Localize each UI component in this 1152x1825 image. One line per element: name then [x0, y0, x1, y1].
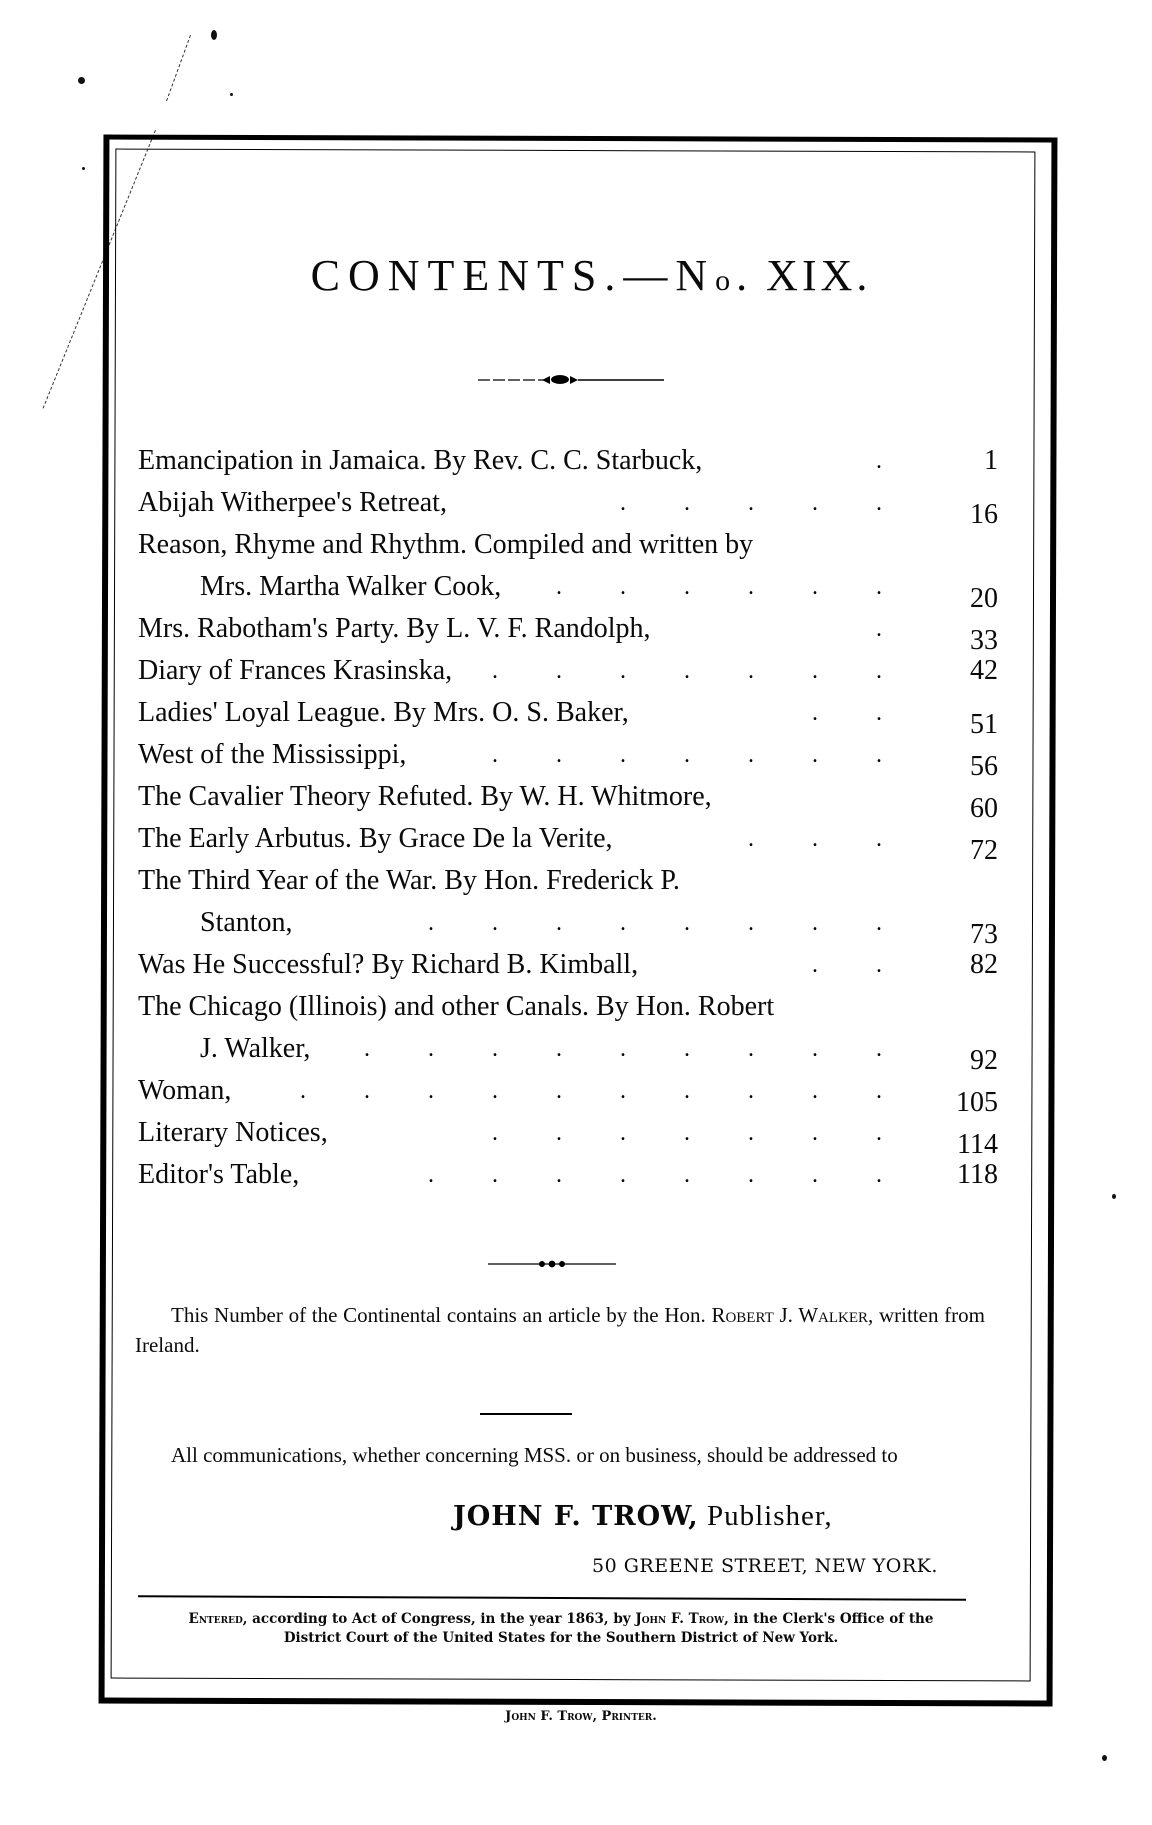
toc-entry-title: The Third Year of the War. By Hon. Frede…	[138, 860, 680, 902]
notice-text: This Number of the Continental contains …	[171, 1303, 711, 1327]
notice-author-name: Robert J. Walker	[711, 1303, 868, 1327]
scan-speck	[82, 167, 85, 170]
leader-dots: . . . . . . . .	[428, 902, 908, 944]
toc-entry-title: Was He Successful? By Richard B. Kimball…	[138, 944, 638, 986]
notice-paragraph: This Number of the Continental contains …	[135, 1300, 985, 1360]
section-divider	[480, 1413, 572, 1415]
toc-entry[interactable]: The Cavalier Theory Refuted. By W. H. Wh…	[138, 776, 998, 818]
toc-entry-continuation[interactable]: J. Walker, . . . . . . . . . 92	[138, 1028, 998, 1070]
leader-dots: . . . . . . . . . .	[300, 1070, 908, 1112]
printer-name: John F. Trow, Printer.	[505, 1709, 657, 1724]
ornament-dots-divider-icon	[488, 1258, 618, 1270]
leader-dots: . . . . .	[620, 482, 908, 524]
toc-entry-author: Mrs. Martha Walker Cook,	[200, 566, 501, 608]
toc-entry[interactable]: The Chicago (Illinois) and other Canals.…	[138, 986, 998, 1028]
toc-entry-title: Literary Notices,	[138, 1112, 328, 1154]
contact-paragraph: All communications, whether concerning M…	[135, 1440, 985, 1470]
toc-entry-title: Reason, Rhyme and Rhythm. Compiled and w…	[138, 524, 753, 566]
toc-entry[interactable]: The Third Year of the War. By Hon. Frede…	[138, 860, 998, 902]
toc-entry-continuation[interactable]: Mrs. Martha Walker Cook, . . . . . . 20	[138, 566, 998, 608]
toc-entry[interactable]: Editor's Table, . . . . . . . . 118	[138, 1154, 998, 1196]
toc-entry-title: Editor's Table,	[138, 1154, 299, 1196]
toc-entry-title: Diary of Frances Krasinska,	[138, 650, 452, 692]
leader-dots: . . . . . .	[556, 566, 908, 608]
toc-entry-author: Stanton,	[200, 902, 293, 944]
leader-dots: . .	[812, 692, 908, 734]
toc-entry-title: Emancipation in Jamaica. By Rev. C. C. S…	[138, 440, 702, 482]
leader-dots: . .	[812, 944, 908, 986]
copyright-text-end: , in the Clerk's Office of the	[724, 1611, 933, 1627]
toc-entry[interactable]: Literary Notices, . . . . . . . 114	[138, 1112, 998, 1154]
title-o: o	[715, 264, 736, 297]
title-numeral: . XIX.	[736, 251, 871, 300]
toc-page-number: 82	[938, 944, 998, 986]
toc-entry[interactable]: The Early Arbutus. By Grace De la Verite…	[138, 818, 998, 860]
toc-entry-title: The Cavalier Theory Refuted. By W. H. Wh…	[138, 776, 712, 818]
copyright-notice: Entered, according to Act of Congress, i…	[136, 1610, 986, 1648]
copyright-entered: Entered	[189, 1611, 243, 1627]
scan-speck	[78, 77, 85, 84]
scan-speck	[230, 93, 233, 96]
toc-entry[interactable]: Emancipation in Jamaica. By Rev. C. C. S…	[138, 440, 998, 482]
leader-dots: . . .	[748, 818, 908, 860]
table-of-contents: Emancipation in Jamaica. By Rev. C. C. S…	[138, 440, 998, 1196]
scan-scratch	[166, 35, 191, 101]
copyright-line-1: Entered, according to Act of Congress, i…	[136, 1610, 986, 1629]
scan-speck	[1102, 1755, 1107, 1761]
scan-speck	[211, 30, 217, 40]
toc-entry-title: Abijah Witherpee's Retreat,	[138, 482, 447, 524]
toc-entry[interactable]: Diary of Frances Krasinska, . . . . . . …	[138, 650, 998, 692]
toc-entry[interactable]: Ladies' Loyal League. By Mrs. O. S. Bake…	[138, 692, 998, 734]
leader-dots: . . . . . . .	[492, 734, 908, 776]
copyright-text: , according to Act of Congress, in the y…	[243, 1611, 636, 1627]
publisher-role: Publisher,	[699, 1500, 833, 1532]
toc-entry[interactable]: Woman, . . . . . . . . . . 105	[138, 1070, 998, 1112]
leader-dots: . . . . . . .	[492, 650, 908, 692]
scan-speck	[1112, 1194, 1116, 1199]
printer-credit: John F. Trow, Printer.	[0, 1709, 1152, 1724]
toc-entry-author: J. Walker,	[200, 1028, 310, 1070]
publisher-address: 50 GREENE STREET, NEW YORK.	[592, 1555, 938, 1577]
contact-text: All communications, whether concerning M…	[171, 1443, 898, 1467]
copyright-line-2: District Court of the United States for …	[136, 1629, 986, 1648]
toc-entry[interactable]: Was He Successful? By Richard B. Kimball…	[138, 944, 998, 986]
title-main: CONTENTS.—N	[311, 251, 716, 300]
toc-entry-title: Woman,	[138, 1070, 231, 1112]
publisher-name: JOHN F. TROW,	[453, 1501, 699, 1532]
toc-entry[interactable]: Mrs. Rabotham's Party. By L. V. F. Rando…	[138, 608, 998, 650]
toc-entry[interactable]: West of the Mississippi, . . . . . . . 5…	[138, 734, 998, 776]
toc-entry-title: Ladies' Loyal League. By Mrs. O. S. Bake…	[138, 692, 629, 734]
toc-entry-title: Mrs. Rabotham's Party. By L. V. F. Rando…	[138, 608, 651, 650]
page-title: CONTENTS.—No. XIX.	[0, 250, 1152, 301]
ornament-divider-icon	[478, 372, 668, 386]
toc-page-number: 1	[938, 440, 998, 482]
toc-page-number: 42	[938, 650, 998, 692]
toc-entry[interactable]: Abijah Witherpee's Retreat, . . . . . 16	[138, 482, 998, 524]
leader-dots: . . . . . . . . .	[364, 1028, 908, 1070]
toc-entry-continuation[interactable]: Stanton, . . . . . . . . 73	[138, 902, 998, 944]
leader-dots: .	[876, 608, 908, 650]
leader-dots: .	[876, 440, 908, 482]
leader-dots: . . . . . . .	[492, 1112, 908, 1154]
toc-entry-title: West of the Mississippi,	[138, 734, 406, 776]
copyright-holder: John F. Trow	[635, 1611, 724, 1627]
toc-entry-title: The Early Arbutus. By Grace De la Verite…	[138, 818, 613, 860]
toc-entry-title: The Chicago (Illinois) and other Canals.…	[138, 986, 774, 1028]
leader-dots: . . . . . . . .	[428, 1154, 908, 1196]
publisher-line: JOHN F. TROW, Publisher,	[453, 1500, 833, 1533]
toc-entry[interactable]: Reason, Rhyme and Rhythm. Compiled and w…	[138, 524, 998, 566]
toc-page-number: 118	[938, 1154, 998, 1196]
